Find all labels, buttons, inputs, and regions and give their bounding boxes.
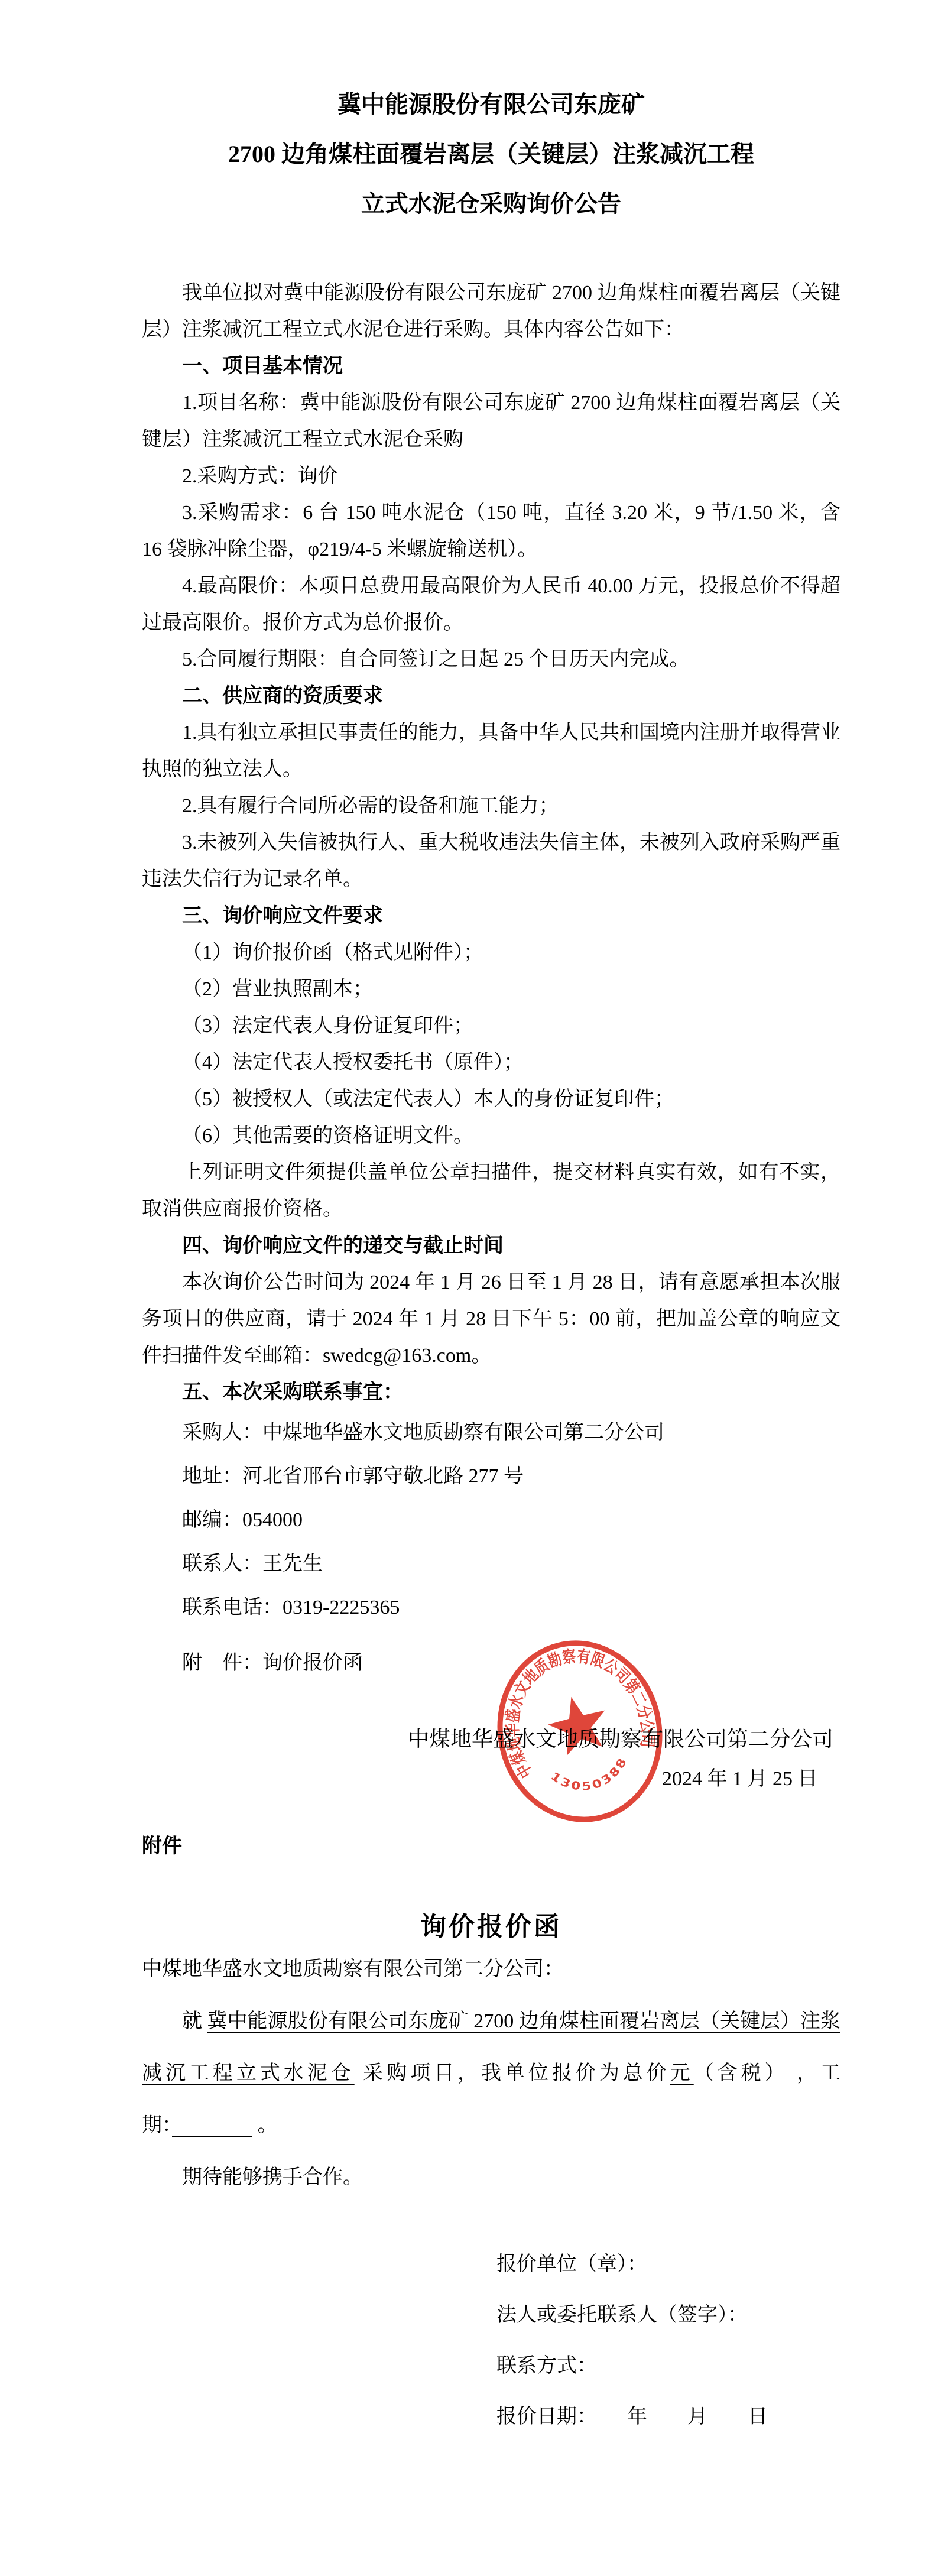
title-line-2: 2700 边角煤柱面覆岩离层（关键层）注浆减沉工程 — [142, 129, 840, 179]
paragraph: （4）法定代表人授权委托书（原件）； — [142, 1044, 840, 1081]
paragraph: （2）营业执照副本； — [142, 971, 840, 1008]
paragraph: 本次询价公告时间为 2024 年 1 月 26 日至 1 月 28 日，请有意愿… — [142, 1264, 840, 1374]
paragraph: 联系电话：0319-2225365 — [142, 1586, 840, 1630]
section-heading: 四、询价响应文件的递交与截止时间 — [142, 1228, 840, 1264]
paragraph: 联系人：王先生 — [142, 1542, 840, 1586]
section-heading: 五、本次采购联系事宜： — [142, 1374, 840, 1411]
paragraph: 4.最高限价：本项目总费用最高限价为人民币 40.00 万元，投报总价不得超过最… — [142, 568, 840, 641]
paragraph: 地址：河北省邢台市郭守敬北路 277 号 — [142, 1455, 840, 1498]
signature-company: 中煤地华盛水文地质勘察有限公司第二分公司 — [408, 1720, 840, 1759]
document-content: 冀中能源股份有限公司东庞矿 2700 边角煤柱面覆岩离层（关键层）注浆减沉工程 … — [142, 0, 840, 2442]
letter-body-prefix: 就 — [182, 2010, 207, 2032]
section-heading: 三、询价响应文件要求 — [142, 898, 840, 935]
paragraph: 2.采购方式：询价 — [142, 458, 840, 495]
paragraph: 1.项目名称：冀中能源股份有限公司东庞矿 2700 边角煤柱面覆岩离层（关键层）… — [142, 385, 840, 458]
letter-fields: 报价单位（章）： 法人或委托联系人（签字）： 联系方式： 报价日期： 年 月 日 — [496, 2239, 840, 2442]
document-title: 冀中能源股份有限公司东庞矿 2700 边角煤柱面覆岩离层（关键层）注浆减沉工程 … — [142, 0, 840, 229]
paragraph: 5.合同履行期限：自合同签订之日起 25 个日历天内完成。 — [142, 641, 840, 678]
section: 五、本次采购联系事宜：采购人：中煤地华盛水文地质勘察有限公司第二分公司地址：河北… — [142, 1374, 840, 1630]
title-line-1: 冀中能源股份有限公司东庞矿 — [142, 80, 840, 129]
section-heading: 二、供应商的资质要求 — [142, 678, 840, 715]
document-page: 冀中能源股份有限公司东庞矿 2700 边角煤柱面覆岩离层（关键层）注浆减沉工程 … — [0, 0, 938, 2576]
letter-body: 就 冀中能源股份有限公司东庞矿 2700 边角煤柱面覆岩离层（关键层）注浆减沉工… — [142, 1996, 840, 2152]
paragraph: 2.具有履行合同所必需的设备和施工能力； — [142, 788, 840, 825]
section-heading: 一、项目基本情况 — [142, 348, 840, 385]
sections: 一、项目基本情况1.项目名称：冀中能源股份有限公司东庞矿 2700 边角煤柱面覆… — [142, 348, 840, 1630]
paragraph: （6）其他需要的资格证明文件。 — [142, 1118, 840, 1154]
paragraph: 3.采购需求：6 台 150 吨水泥仓（150 吨，直径 3.20 米，9 节/… — [142, 495, 840, 568]
section: 二、供应商的资质要求1.具有独立承担民事责任的能力，具备中华人民共和国境内注册并… — [142, 678, 840, 898]
paragraph: （1）询价报价函（格式见附件）； — [142, 935, 840, 971]
attachment-note: 附 件：询价报价函 — [142, 1645, 840, 1682]
paragraph: （5）被授权人（或法定代表人）本人的身份证复印件； — [142, 1081, 840, 1118]
field-quoting-unit: 报价单位（章）： — [496, 2239, 840, 2290]
price-unit-underlined: 元 — [670, 2062, 694, 2084]
field-quote-date: 报价日期： 年 月 日 — [496, 2392, 840, 2442]
section: 一、项目基本情况1.项目名称：冀中能源股份有限公司东庞矿 2700 边角煤柱面覆… — [142, 348, 840, 678]
paragraph: 3.未被列入失信被执行人、重大税收违法失信主体，未被列入政府采购严重违法失信行为… — [142, 825, 840, 898]
letter-closing: 期待能够携手合作。 — [142, 2152, 840, 2204]
title-line-3: 立式水泥仓采购询价公告 — [142, 179, 840, 229]
paragraph: 采购人：中煤地华盛水文地质勘察有限公司第二分公司 — [142, 1411, 840, 1455]
field-contact-method: 联系方式： — [496, 2341, 840, 2392]
letter-salutation: 中煤地华盛水文地质勘察有限公司第二分公司： — [142, 1944, 840, 1996]
section: 三、询价响应文件要求（1）询价报价函（格式见附件）；（2）营业执照副本；（3）法… — [142, 898, 840, 1228]
paragraph: 邮编：054000 — [142, 1498, 840, 1542]
appendix-label: 附件 — [142, 1828, 840, 1865]
paragraph: 1.具有独立承担民事责任的能力，具备中华人民共和国境内注册并取得营业执照的独立法… — [142, 715, 840, 788]
letter-title: 询价报价函 — [142, 1910, 840, 1944]
letter-body-middle: 采购项目，我单位报价为总价 — [355, 2062, 670, 2084]
section: 四、询价响应文件的递交与截止时间本次询价公告时间为 2024 年 1 月 26 … — [142, 1228, 840, 1374]
paragraph: 上列证明文件须提供盖单位公章扫描件，提交材料真实有效，如有不实，取消供应商报价资… — [142, 1154, 840, 1228]
letter-body-period: 。 — [252, 2114, 278, 2136]
paragraph: （3）法定代表人身份证复印件； — [142, 1008, 840, 1044]
field-legal-person-signature: 法人或委托联系人（签字）： — [496, 2290, 840, 2341]
signature-date: 2024 年 1 月 25 日 — [662, 1759, 840, 1799]
duration-blank — [172, 2114, 252, 2136]
quotation-letter: 询价报价函 中煤地华盛水文地质勘察有限公司第二分公司： 就 冀中能源股份有限公司… — [142, 1910, 840, 2442]
intro-paragraph: 我单位拟对冀中能源股份有限公司东庞矿 2700 边角煤柱面覆岩离层（关键层）注浆… — [142, 275, 840, 348]
